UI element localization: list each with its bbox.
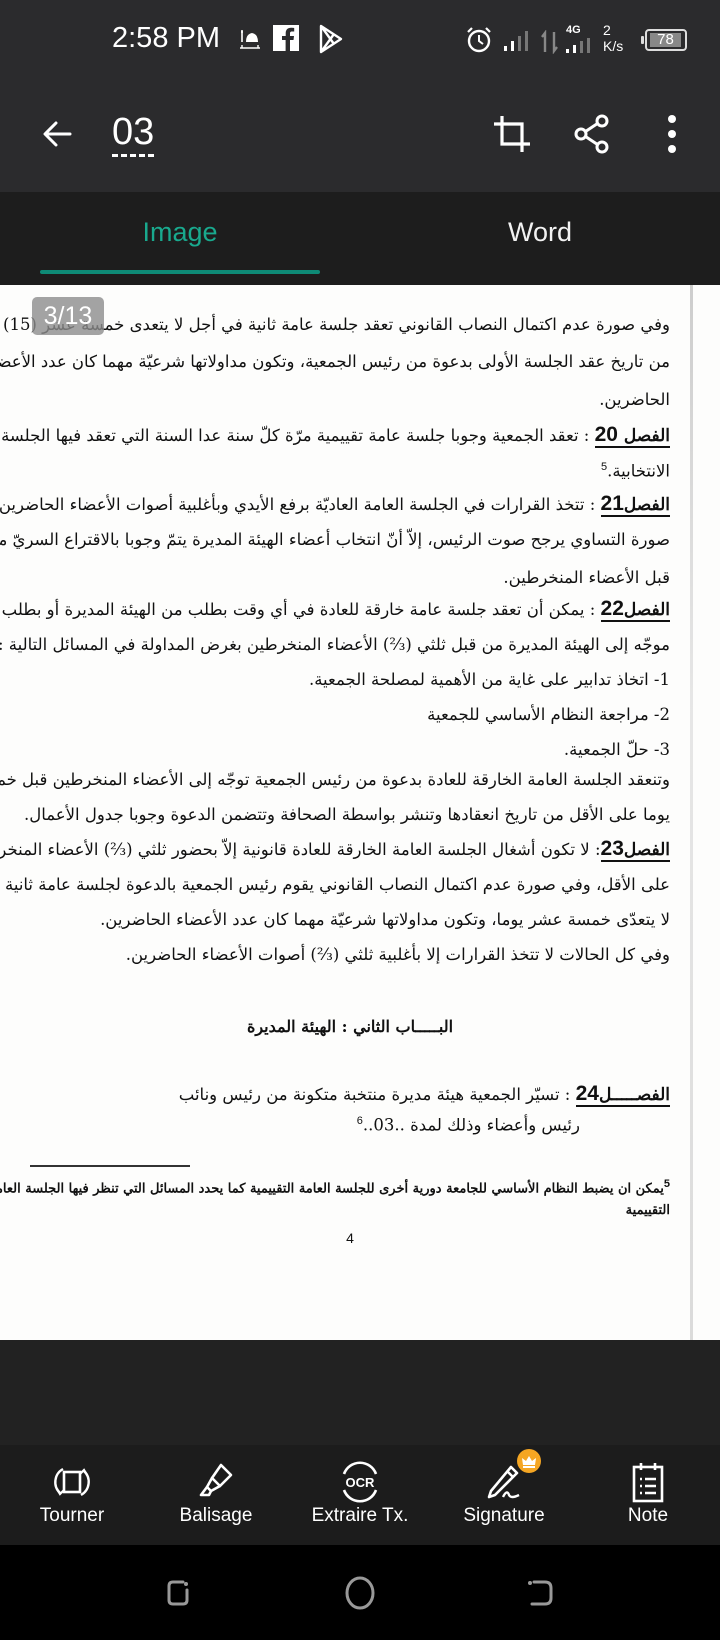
footnote-continuation: التقييمية — [626, 1203, 670, 1218]
doc-line: على الأقل، وفي صورة عدم اكتمال النصاب ال… — [30, 875, 670, 894]
facebook-icon — [273, 25, 299, 51]
page-edge-shadow — [690, 285, 693, 1340]
doc-line: وفي صورة عدم اكتمال النصاب القانوني تعقد… — [30, 315, 670, 334]
bottom-toolbar: Tourner Balisage OCR Extraire Tx. Si — [0, 1445, 720, 1545]
network-type-label: 4G — [566, 24, 581, 36]
more-vert-icon[interactable] — [650, 112, 694, 156]
article-22: الفصل22 : يمكن أن تعقد جلسة عامة خارقة ل… — [0, 597, 670, 621]
tool-label: Signature — [432, 1505, 576, 1527]
footnote: 5يمكن ان يضبط النظام الأساسي للجامعة دور… — [0, 1178, 670, 1196]
rotate-icon — [49, 1459, 95, 1505]
active-tab-indicator — [40, 270, 320, 274]
back-nav-button[interactable] — [520, 1573, 560, 1613]
system-nav-bar — [0, 1545, 720, 1640]
share-icon[interactable] — [570, 112, 614, 156]
signal-4g-icon — [565, 38, 599, 54]
status-bar: 2:58 PM 4G 2 K/s 78 — [0, 0, 720, 82]
document-title[interactable]: 03 — [112, 112, 154, 157]
list-item: 1- اتخاذ تدابير على غاية من الأهمية لمصل… — [309, 670, 670, 689]
article-20: الفصل 20 : تعقد الجمعية وجوبا جلسة عامة … — [0, 423, 670, 447]
signal-sim1-icon — [503, 30, 533, 52]
doc-line: صورة التساوي يرجح صوت الرئيس، إلاّ أنّ ا… — [30, 530, 670, 549]
home-button[interactable] — [340, 1573, 380, 1613]
article-text: : لا تكون أشغال الجلسة العامة الخارقة لل… — [0, 840, 601, 859]
highlighter-icon — [193, 1459, 239, 1505]
alarm-icon — [465, 26, 493, 54]
back-arrow-icon[interactable] — [36, 112, 80, 156]
mosque-icon — [238, 28, 260, 52]
battery-tip — [641, 36, 644, 44]
doc-line: من تاريخ عقد الجلسة الأولى بدعوة من رئيس… — [30, 352, 670, 371]
doc-line: رئيس وأعضاء وذلك لمدة ..03..6 — [357, 1115, 580, 1135]
article-text: : يمكن أن تعقد جلسة عامة خارقة للعادة في… — [0, 600, 601, 619]
play-store-icon — [318, 24, 344, 54]
article-24: الفصـــــل24 : تسيّر الجمعية هيئة مديرة … — [179, 1082, 670, 1106]
list-item: 3- حلّ الجمعية. — [564, 740, 670, 759]
doc-line: وفي كل الحالات لا تتخذ القرارات إلا بأغل… — [126, 945, 670, 964]
footnote-divider — [30, 1165, 190, 1167]
rotate-button[interactable]: Tourner — [0, 1445, 144, 1545]
doc-line: الانتخابية.5 — [601, 461, 670, 481]
tool-label: Balisage — [144, 1505, 288, 1527]
article-text: : تتخذ القرارات في الجلسة العامة العاديّ… — [0, 495, 601, 514]
doc-line: قبل الأعضاء المنخرطين. — [503, 568, 670, 587]
doc-line: الحاضرين. — [599, 390, 670, 409]
article-text: : تسيّر الجمعية هيئة مديرة منتخبة متكونة… — [179, 1085, 576, 1104]
speed-value: 2 — [603, 22, 623, 38]
extract-text-button[interactable]: OCR Extraire Tx. — [288, 1445, 432, 1545]
battery-indicator: 78 — [645, 29, 687, 51]
markup-button[interactable]: Balisage — [144, 1445, 288, 1545]
article-heading: الفصل23 — [601, 840, 670, 862]
note-icon — [625, 1459, 671, 1505]
page-number: 4 — [30, 1230, 670, 1246]
view-tabs: Image Word — [0, 192, 720, 285]
status-time: 2:58 PM — [112, 22, 220, 55]
article-heading: الفصل 20 — [595, 426, 670, 448]
network-speed: 2 K/s — [603, 22, 623, 54]
tool-label: Note — [576, 1505, 720, 1527]
list-item: 2- مراجعة النظام الأساسي للجمعية — [427, 705, 670, 724]
note-button[interactable]: Note — [576, 1445, 720, 1545]
speed-unit: K/s — [603, 38, 623, 54]
section-heading: البـــــاب الثاني : الهيئة المديرة — [30, 1017, 670, 1036]
signature-button[interactable]: Signature — [432, 1445, 576, 1545]
article-heading: الفصـــــل24 — [576, 1085, 670, 1107]
doc-line: لا يتعدّى خمسة عشر يوما، وتكون مداولاتها… — [100, 910, 670, 929]
viewer-background — [0, 1340, 720, 1445]
data-arrows-icon — [540, 30, 560, 54]
crown-icon — [517, 1449, 541, 1473]
doc-line: يوما على الأقل من تاريخ انعقادها وتنشر ب… — [24, 805, 670, 824]
crop-icon[interactable] — [490, 112, 534, 156]
tool-label: Tourner — [0, 1505, 144, 1527]
premium-badge — [517, 1449, 541, 1473]
article-text: : تعقد الجمعية وجوبا جلسة عامة تقييمية م… — [0, 426, 595, 445]
doc-line: موجّه إلى الهيئة المديرة من قبل ثلثي (⅔)… — [0, 635, 670, 654]
ocr-icon: OCR — [337, 1459, 383, 1505]
battery-level: 78 — [650, 33, 681, 47]
svg-text:OCR: OCR — [346, 1475, 376, 1490]
article-heading: الفصل21 — [601, 495, 670, 517]
article-23: الفصل23: لا تكون أشغال الجلسة العامة الخ… — [30, 837, 670, 861]
app-bar: 03 — [0, 82, 720, 192]
tool-label: Extraire Tx. — [288, 1505, 432, 1527]
document-content: وفي صورة عدم اكتمال النصاب القانوني تعقد… — [30, 285, 670, 1340]
doc-line: وتنعقد الجلسة العامة الخارقة للعادة بدعو… — [30, 770, 670, 789]
recents-button[interactable] — [160, 1573, 200, 1613]
article-21: الفصل21 : تتخذ القرارات في الجلسة العامة… — [0, 492, 670, 516]
page-counter-badge: 3/13 — [32, 297, 104, 335]
document-page-viewer[interactable]: 3/13 وفي صورة عدم اكتمال النصاب القانوني… — [0, 285, 720, 1340]
tab-word[interactable]: Word — [360, 192, 720, 285]
article-heading: الفصل22 — [601, 600, 670, 622]
